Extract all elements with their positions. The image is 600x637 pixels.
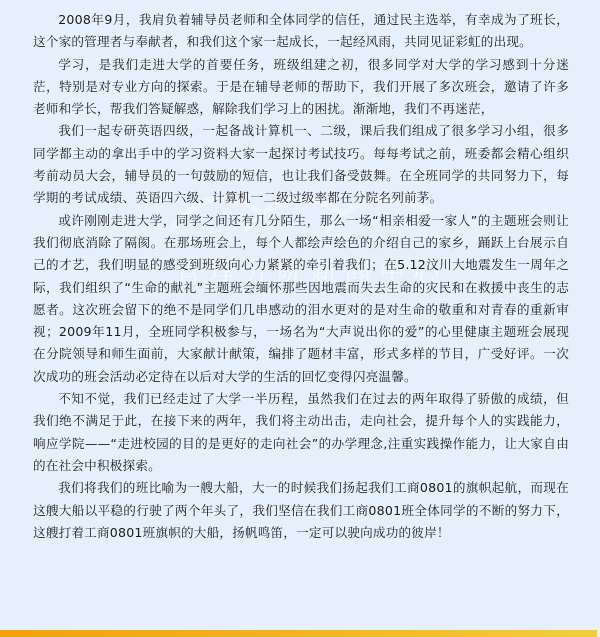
paragraph-class-meetings: 或许刚刚走进大学，同学之间还有几分陌生，那么一场“相亲相爱一家人”的主题班会则让… [33,210,569,388]
paragraph-exams: 我们一起专研英语四级，一起备战计算机一、二级，课后我们组成了很多学习小组，很多同… [33,120,569,209]
paragraph-class-monitor: 2008年9月，我肩负着辅导员老师和全体同学的信任，通过民主选举，有幸成为了班长… [33,9,569,54]
footer-divider-bar [0,630,597,637]
paragraph-study: 学习，是我们走进大学的首要任务，班级组建之初，很多同学对大学的学习感到十分迷茫，… [33,54,569,121]
article-body: 2008年9月，我肩负着辅导员老师和全体同学的信任，通过民主选举，有幸成为了班长… [33,9,569,544]
paragraph-halfway: 不知不觉，我们已经走过了大学一半历程，虽然我们在过去的两年取得了骄傲的成绩，但我… [33,388,569,477]
paragraph-ship-metaphor: 我们将我们的班比喻为一艘大船，大一的时候我们扬起我们工商0801的旗帜起航，而现… [33,477,569,544]
